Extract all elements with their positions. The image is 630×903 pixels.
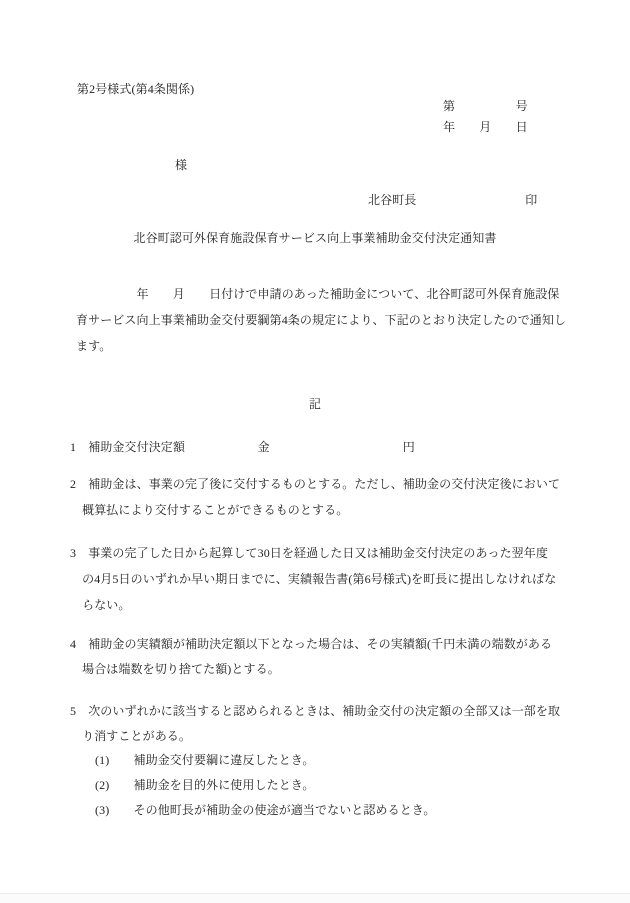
item-2-line-1: 2 補助金は、事業の完了後に交付するものとする。ただし、補助金の交付決定後におい… (70, 476, 560, 492)
item-1-grant-amount-line: 1 補助金交付決定額 金 円 (70, 439, 415, 455)
addressee-honorific: 様 (175, 157, 187, 173)
form-number-label: 第2号様式(第4条関係) (77, 81, 194, 97)
notification-document-page: 第2号様式(第4条関係) 第 号 年 月 日 様 北谷町長 印 北谷町認可外保育… (0, 0, 630, 903)
item-5-line-2: り消すことがある。 (70, 728, 191, 744)
item-3-line-3: らない。 (70, 597, 131, 613)
opening-paragraph-line-2: 育サービス向上事業補助金交付要綱第4条の規定により、下記のとおり決定したので通知… (76, 312, 566, 328)
sender-and-seal-line: 北谷町長 印 (368, 192, 537, 208)
record-mark: 記 (0, 396, 630, 412)
page-bottom-edge (0, 893, 630, 903)
item-2-line-2: 概算払により交付することができるものとする。 (70, 502, 348, 518)
document-number-line: 第 号 (443, 98, 528, 114)
item-5-subitem-3: (3) その他町長が補助金の使途が適当でないと認めるとき。 (95, 802, 436, 818)
item-3-line-1: 3 事業の完了した日から起算して30日を経過した日又は補助金交付決定のあった翌年… (70, 545, 548, 561)
opening-paragraph-line-3: ます。 (76, 338, 111, 354)
item-4-line-1: 4 補助金の実績額が補助決定額以下となった場合は、その実績額(千円未満の端数があ… (70, 636, 552, 652)
item-3-line-2: の4月5日のいずれか早い期日までに、実績報告書(第6号様式)を町長に提出しなけれ… (70, 571, 556, 587)
document-title: 北谷町認可外保育施設保育サービス向上事業補助金交付決定通知書 (0, 230, 630, 246)
item-5-subitem-2: (2) 補助金を目的外に使用したとき。 (95, 777, 315, 793)
opening-paragraph-line-1: 年 月 日付けで申請のあった補助金について、北谷町認可外保育施設保 (76, 286, 559, 302)
item-5-line-1: 5 次のいずれかに該当すると認められるときは、補助金交付の決定額の全部又は一部を… (70, 703, 560, 719)
item-4-line-2: 場合は端数を切り捨てた額)とする。 (70, 661, 280, 677)
item-5-subitem-1: (1) 補助金交付要綱に違反したとき。 (95, 752, 315, 768)
issue-date-line: 年 月 日 (443, 119, 528, 135)
